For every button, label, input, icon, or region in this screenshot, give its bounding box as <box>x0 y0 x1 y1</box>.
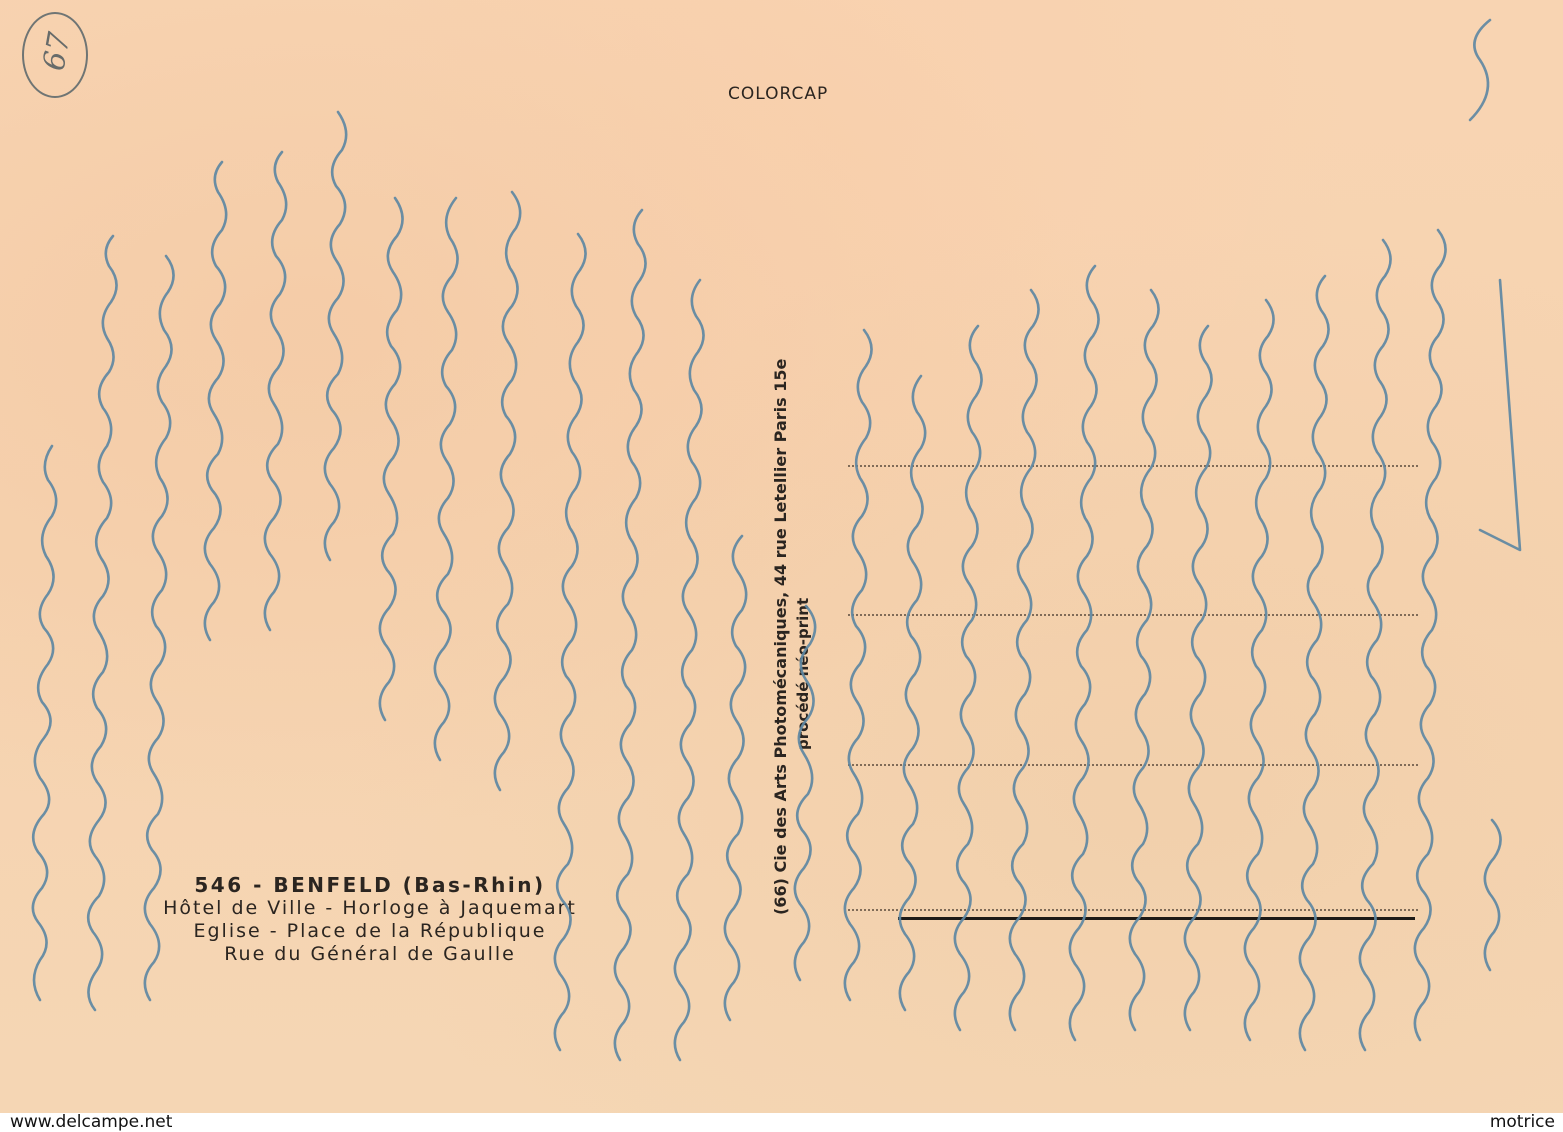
address-line <box>848 909 1418 911</box>
caption-line-4: Rue du Général de Gaulle <box>160 943 580 966</box>
caption-title: 546 - BENFELD (Bas-Rhin) <box>160 874 580 897</box>
address-underline <box>898 917 1415 920</box>
publisher-imprint: (66) Cie des Arts Photomécaniques, 44 ru… <box>770 359 814 915</box>
watermark-motrice: motrice <box>1490 1112 1555 1132</box>
publisher-name: (66) Cie des Arts Photomécaniques, 44 ru… <box>770 359 792 915</box>
address-line <box>848 465 1418 467</box>
postcard-back: 67 COLORCAP 546 - BENFELD (Bas-Rhin) Hôt… <box>0 0 1563 1113</box>
brand-label: COLORCAP <box>728 84 828 104</box>
print-process: procédé néo-print <box>792 359 814 915</box>
watermark-delcampe: www.delcampe.net <box>10 1112 172 1132</box>
department-number: 67 <box>37 30 78 74</box>
address-line <box>848 614 1418 616</box>
circled-department-number: 67 <box>22 12 88 98</box>
address-line <box>848 764 1418 766</box>
